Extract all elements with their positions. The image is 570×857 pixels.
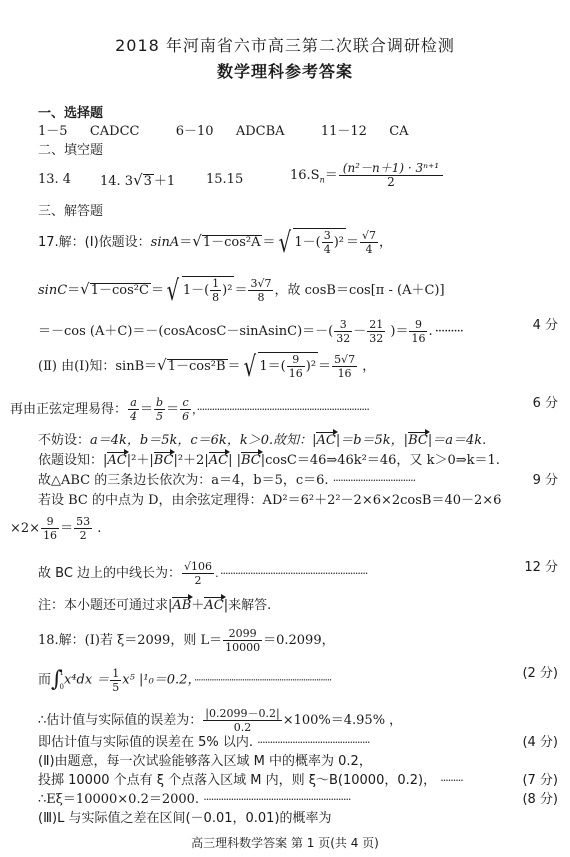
q18-line-5: (Ⅱ)由题意，每一次试验能够落入区域 M 中的概率为 0.2， (38, 754, 372, 770)
vector-AC: AC (209, 453, 228, 469)
leader-dots: . ······································… (215, 567, 367, 580)
q17-sine-rule-prefix: 再由正弦定理易得： (10, 402, 127, 417)
q17-frac-1-8: 18 (210, 277, 221, 304)
q17-radicand-1: 1－cos²A (202, 235, 263, 250)
q17-cos-expansion: ＝－cos (A＋C)＝－(cosAcosC－sinAsinC)＝－( (38, 324, 333, 339)
score-4: 4 分 (533, 318, 558, 334)
mc-answers-3: CA (389, 124, 408, 139)
leader-dots: . ········· (428, 324, 462, 339)
q18-prefix: 18.解：(Ⅰ)若 ξ＝2099，则 L＝ (38, 633, 222, 648)
q17-result-cosB: 916 (409, 318, 427, 345)
q18-line-6: 投掷 10000 个点有 ξ 个点落入区域 M 内，则 ξ～B(10000，0.… (38, 773, 558, 789)
mc-answers-2: ADCBA (236, 124, 285, 139)
leader-dots: ········································… (257, 736, 369, 749)
document-title: 2018 年河南省六市高三第二次联合调研检测 (0, 33, 570, 56)
mc-answers: 1－5 CADCC 6－10 ADCBA 11－12 CA (38, 124, 409, 140)
q17-radicand-4: 1－cos²B (167, 359, 228, 374)
q17-prefix: 17.解：(Ⅰ)依题设： (38, 235, 151, 250)
score-7: (7 分) (522, 773, 558, 789)
section-heading-solutions: 三、解答题 (38, 204, 103, 220)
q17-frac-53-2: 532 (74, 515, 92, 542)
q17-median-prefix: 故 BC 边上的中线长为： (38, 566, 181, 581)
q18-line-8: (Ⅲ)L 与实际值之差在区间(－0.01，0.01)的概率为 (38, 811, 332, 827)
q14-suffix: ＋1 (154, 174, 175, 189)
mc-range-1: 1－5 (38, 124, 68, 139)
vector-BC: BC (408, 433, 428, 449)
page-footer: 高三理科数学答案 第 1 页(共 4 页) (0, 834, 570, 851)
mc-range-2: 6－10 (176, 124, 214, 139)
fill-blank-q14: 14. 3√3＋1 (100, 172, 175, 190)
q17-median-result: √1062 (182, 560, 214, 587)
leader-dots: ········································… (203, 793, 350, 806)
q17-line-10: ×2×916＝532 . (10, 515, 101, 542)
q17-frac-21-32: 2132 (367, 318, 385, 345)
score-2: (2 分) (522, 666, 558, 682)
leader-dots: ，·······································… (192, 403, 369, 416)
mc-answers-1: CADCC (90, 124, 140, 139)
section-heading-fill-blank: 二、填空题 (38, 143, 103, 159)
q14-radicand: 3 (143, 174, 154, 189)
vector-AC: AC (107, 453, 126, 469)
score-9: 9 分 (533, 473, 558, 489)
q17-line-8: 故△ABC 的三条边长依次为：a＝4，b＝5，c＝6. ············… (38, 473, 558, 489)
q17-sinA: sinA (151, 235, 180, 250)
q17-line-4: (Ⅱ) 由(Ⅰ)知：sinB＝√1－cos²B＝√1＝(916)²＝5√716 … (38, 352, 375, 380)
leader-dots: ········································… (194, 676, 331, 687)
q17-frac-9-16: 916 (287, 353, 305, 380)
q17-line-7: 依题设知：|AC|²＋|BC|²＋2|AC| |BC|cosC＝46⇒46k²＝… (38, 453, 500, 469)
score-8: (8 分) (522, 792, 558, 808)
q17-line-1: 17.解：(Ⅰ)依题设：sinA＝√1－cos²A＝√1－(34)²＝√74， (38, 228, 392, 256)
vector-AB: AB (172, 598, 191, 614)
fill-blank-q16: 16.Sn＝(n²－n＋1) · 3ⁿ⁺¹2 (290, 162, 444, 189)
q17-frac-3-32: 332 (334, 318, 352, 345)
fill-blank-q15: 15.15 (206, 172, 243, 188)
q17-side-lengths: 故△ABC 的三条边长依次为：a＝4，b＝5，c＝6. (38, 473, 329, 488)
q17-result-sinA: √74 (360, 229, 378, 256)
q18-line-4: 即估计值与实际值的误差在 5% 以内. ····················… (38, 735, 558, 751)
q17-line-5: 再由正弦定理易得：a4＝b5＝c6，······················… (10, 396, 558, 423)
q18-line-1: 18.解：(Ⅰ)若 ξ＝2099，则 L＝209910000＝0.2099， (38, 627, 335, 654)
q17-frac-a-4: a4 (128, 396, 139, 423)
vector-BC: BC (154, 453, 174, 469)
q17-note: 注：本小题还可通过求|AB＋AC|来解答. (38, 598, 271, 614)
score-6: 6 分 (533, 396, 558, 412)
q18-error-fraction: |0.2099－0.2|0.2 (203, 707, 281, 734)
leader-dots: ········· (440, 774, 462, 787)
q17-line-3: ＝－cos (A＋C)＝－(cosAcosC－sinAsinC)＝－(332－2… (38, 318, 558, 345)
q18-line-2: 而∫10x⁴dx ＝15x⁵ |¹₀＝0.2，·················… (38, 666, 558, 694)
score-4: (4 分) (522, 735, 558, 751)
q17-result-sinB: 5√716 (332, 353, 357, 380)
vector-BC: BC (241, 453, 261, 469)
vector-AC: AC (316, 433, 335, 449)
q17-frac-c-6: c6 (180, 396, 191, 423)
q17-frac-9-16: 916 (41, 515, 59, 542)
q17-frac-b-5: b5 (154, 396, 165, 423)
q17-line-6: 不妨设：a＝4k，b＝5k，c＝6k，k＞0.故知：|AC|＝b＝5k，|BC|… (38, 433, 486, 449)
document-subtitle: 数学理科参考答案 (0, 59, 570, 82)
q17-frac-3-4: 34 (322, 229, 333, 256)
q17-sinC: sinC (38, 283, 67, 298)
q16-fraction: (n²－n＋1) · 3ⁿ⁺¹2 (339, 162, 443, 189)
mc-range-3: 11－12 (321, 124, 367, 139)
q18-frac-1-5: 15 (110, 667, 121, 694)
q17-line-2: sinC＝√1－cos²C＝√1－(18)²＝3√78，故 cosB＝cos[π… (38, 276, 445, 304)
section-heading-multiple-choice: 一、选择题 (38, 106, 103, 122)
q16-prefix: 16.S (290, 168, 320, 183)
q17-part2-prefix: (Ⅱ) 由(Ⅰ)知：sinB＝ (38, 359, 157, 374)
q16-eq: ＝ (325, 168, 338, 183)
q17-line-11: 故 BC 边上的中线长为：√1062. ····················… (38, 560, 558, 587)
q14-prefix: 14. 3 (100, 174, 133, 189)
q18-frac-2099: 209910000 (223, 627, 262, 654)
q17-radicand-2: 1－cos²C (90, 283, 151, 298)
vector-AC: AC (204, 598, 223, 614)
q17-rad2-pre: 1－( (294, 235, 320, 250)
leader-dots: ································· (333, 474, 415, 487)
q17-cosB-expr: ，故 cosB＝cos[π - (A＋C)] (274, 283, 444, 298)
fill-blank-q13: 13. 4 (38, 172, 71, 188)
q17-result-sinC: 3√78 (248, 277, 273, 304)
q18-line-7: ∴Eξ＝10000×0.2＝2000. ····················… (38, 792, 558, 808)
q18-line-3: ∴估计值与实际值的误差为：|0.2099－0.2|0.2×100%＝4.95% … (38, 707, 402, 734)
q17-line-9: 若设 BC 的中点为 D，由余弦定理得：AD²＝6²＋2²－2×6×2cosB＝… (38, 493, 501, 509)
score-12: 12 分 (524, 560, 558, 576)
q17-rad2-post: )² (334, 235, 344, 250)
